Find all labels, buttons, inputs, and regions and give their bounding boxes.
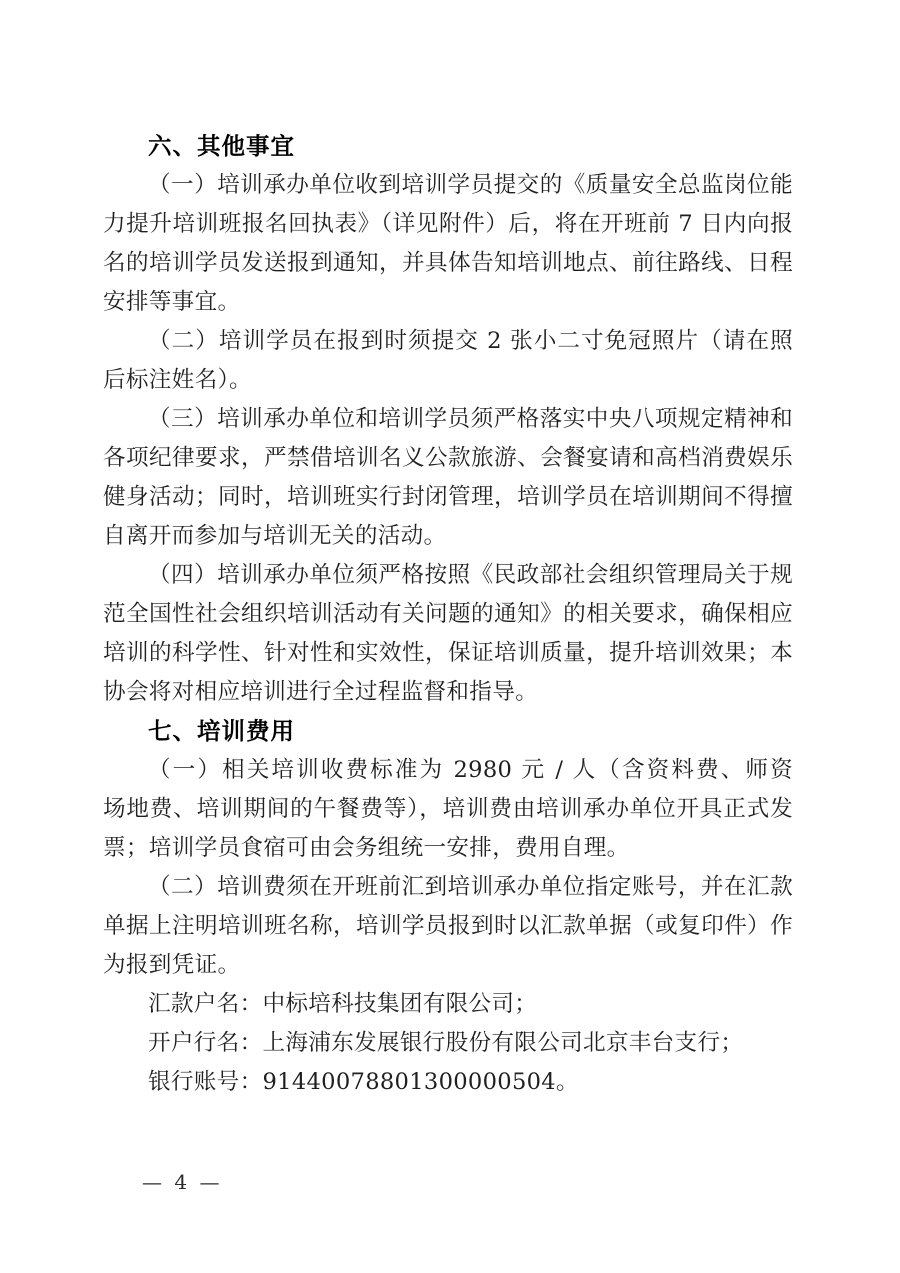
remittance-payee-line: 汇款户名：中标培科技集团有限公司； <box>103 985 793 1024</box>
paragraph-line: 力提升培训班报名回执表》（详见附件）后，将在开班前 7 日内向报 <box>103 205 793 244</box>
paragraph-line: （四）培训承办单位须严格按照《民政部社会组织管理局关于规 <box>103 556 793 595</box>
paragraph-line: （一）相关培训收费标准为 2980 元 / 人（含资料费、师资费、 <box>103 751 793 790</box>
paragraph-line: 协会将对相应培训进行全过程监督和指导。 <box>103 673 793 712</box>
paragraph-line: （二）培训费须在开班前汇到培训承办单位指定账号，并在汇款 <box>103 868 793 907</box>
paragraph-line: 自离开而参加与培训无关的活动。 <box>103 517 793 556</box>
paragraph-line: 安排等事宜。 <box>103 283 793 322</box>
remittance-bank-line: 开户行名：上海浦东发展银行股份有限公司北京丰台支行； <box>103 1024 793 1063</box>
remittance-account-line: 银行账号：91440078801300000504。 <box>103 1063 793 1102</box>
document-body: 六、其他事宜 （一）培训承办单位收到培训学员提交的《质量安全总监岗位能 力提升培… <box>103 127 793 1102</box>
paragraph-line: 范全国性社会组织培训活动有关问题的通知》的相关要求，确保相应 <box>103 595 793 634</box>
paragraph-line: 培训的科学性、针对性和实效性，保证培训质量，提升培训效果；本 <box>103 634 793 673</box>
paragraph-line: 票；培训学员食宿可由会务组统一安排，费用自理。 <box>103 829 793 868</box>
page-number: — 4 — <box>142 1170 222 1194</box>
paragraph-line: （三）培训承办单位和培训学员须严格落实中央八项规定精神和 <box>103 400 793 439</box>
paragraph-line: （二）培训学员在报到时须提交 2 张小二寸免冠照片（请在照片 <box>103 322 793 361</box>
paragraph-line: 名的培训学员发送报到通知，并具体告知培训地点、前往路线、日程 <box>103 244 793 283</box>
paragraph-line: 后标注姓名）。 <box>103 361 793 400</box>
paragraph-line: 健身活动；同时，培训班实行封闭管理，培训学员在培训期间不得擅 <box>103 478 793 517</box>
paragraph-line: 各项纪律要求，严禁借培训名义公款旅游、会餐宴请和高档消费娱乐 <box>103 439 793 478</box>
paragraph-line: 单据上注明培训班名称，培训学员报到时以汇款单据（或复印件）作 <box>103 907 793 946</box>
paragraph-line: （一）培训承办单位收到培训学员提交的《质量安全总监岗位能 <box>103 166 793 205</box>
section-heading: 六、其他事宜 <box>103 127 793 166</box>
section-heading: 七、培训费用 <box>103 712 793 751</box>
paragraph-line: 为报到凭证。 <box>103 946 793 985</box>
document-page: 六、其他事宜 （一）培训承办单位收到培训学员提交的《质量安全总监岗位能 力提升培… <box>0 0 900 1273</box>
paragraph-line: 场地费、培训期间的午餐费等），培训费由培训承办单位开具正式发 <box>103 790 793 829</box>
